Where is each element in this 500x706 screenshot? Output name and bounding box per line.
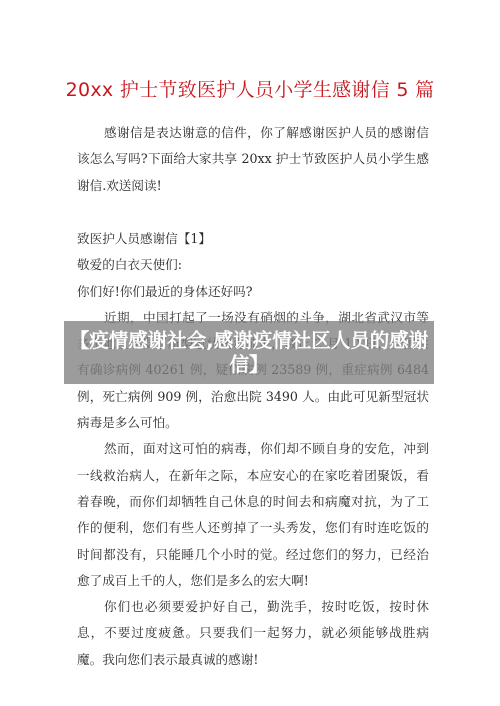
document-title: 20xx 护士节致医护人员小学生感谢信 5 篇 [0, 76, 500, 104]
overlay-title-banner: 【疫情感谢社会,感谢疫情社区人员的感谢信】 [64, 321, 434, 384]
greeting: 你们好!你们最近的身体还好吗? [77, 279, 429, 305]
section-heading: 致医护人员感谢信【1】 [77, 226, 429, 252]
document-page: 20xx 护士节致医护人员小学生感谢信 5 篇 感谢信是表达谢意的信件，你了解感… [0, 0, 500, 706]
document-body: 感谢信是表达谢意的信件，你了解感谢医护人员的感谢信该怎么写吗?下面给大家共享 2… [77, 120, 429, 199]
overlay-title-text: 【疫情感谢社会,感谢疫情社区人员的感谢信】 [69, 329, 429, 377]
letter-paragraph-2: 然而，面对这可怕的病毒，你们却不顾自身的安危，冲到一线救治病人，在新年之际，本应… [77, 436, 429, 594]
letter-body: 致医护人员感谢信【1】 敬爱的白衣天使们: 你们好!你们最近的身体还好吗? 近期… [77, 226, 429, 673]
intro-paragraph: 感谢信是表达谢意的信件，你了解感谢医护人员的感谢信该怎么写吗?下面给大家共享 2… [77, 120, 429, 199]
salutation: 敬爱的白衣天使们: [77, 252, 429, 278]
letter-paragraph-3: 你们也必须要爱护好自己，勤洗手，按时吃饭，按时休息，不要过度疲惫。只要我们一起努… [77, 594, 429, 673]
